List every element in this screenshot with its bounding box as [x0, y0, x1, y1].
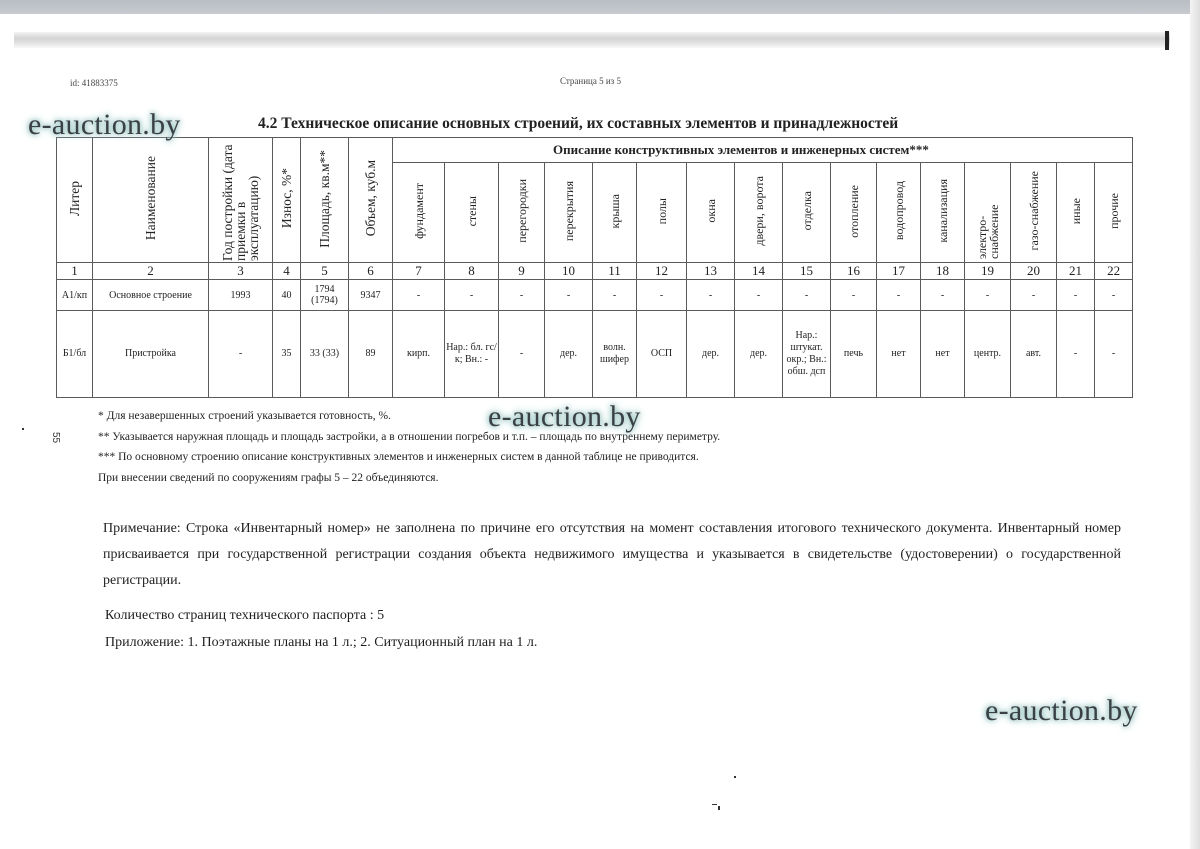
column-header-label: крыша: [609, 194, 621, 228]
table-column-numbers: 12345678910111213141516171819202122: [57, 263, 1133, 280]
scan-speck: [718, 806, 720, 810]
column-number: 12: [637, 263, 687, 280]
table-cell: -: [1095, 311, 1133, 398]
scan-artifact-band: [14, 32, 1170, 48]
column-header: иные: [1057, 163, 1095, 263]
column-header-label: стены: [466, 196, 478, 226]
table-cell: 89: [349, 311, 393, 398]
table-cell: Пристройка: [93, 311, 209, 398]
column-header: Износ, %*: [273, 138, 301, 263]
table-cell: печь: [831, 311, 877, 398]
table-cell: -: [637, 280, 687, 311]
table-cell: -: [965, 280, 1011, 311]
table-cell: дер.: [735, 311, 783, 398]
column-number: 16: [831, 263, 877, 280]
column-header: электро-снабжение: [965, 163, 1011, 263]
group-header: Описание конструктивных элементов и инже…: [393, 138, 1133, 163]
watermark: e-auction.by: [985, 694, 1138, 728]
column-header: полы: [637, 163, 687, 263]
table-cell: -: [1057, 280, 1095, 311]
table-cell: -: [783, 280, 831, 311]
column-header: прочие: [1095, 163, 1133, 263]
column-number: 19: [965, 263, 1011, 280]
scan-speck: [22, 428, 24, 430]
column-header: Наименование: [93, 138, 209, 263]
footnote-4: При внесении сведений по сооружениям гра…: [98, 468, 720, 489]
column-header: стены: [445, 163, 499, 263]
table-cell: -: [831, 280, 877, 311]
pages-count: Количество страниц технического паспорта…: [105, 608, 384, 624]
column-header-label: Год постройки (дата приемки в эксплуатац…: [221, 137, 260, 261]
column-header-label: Литер: [68, 181, 81, 216]
side-page-number: 55: [50, 432, 61, 443]
table-header-row: ЛитерНаименованиеГод постройки (дата при…: [57, 138, 1133, 163]
table-cell: 40: [273, 280, 301, 311]
column-header: окна: [687, 163, 735, 263]
column-number: 20: [1011, 263, 1057, 280]
table-cell: -: [921, 280, 965, 311]
column-number: 15: [783, 263, 831, 280]
column-header-label: полы: [656, 198, 668, 224]
table-cell: Нар.: штукат. окр.; Вн.: обш. дсп: [783, 311, 831, 398]
column-header: водопровод: [877, 163, 921, 263]
technical-description-table: ЛитерНаименованиеГод постройки (дата при…: [56, 137, 1133, 398]
column-header-label: Износ, %*: [280, 168, 293, 228]
column-header: двери, ворота: [735, 163, 783, 263]
column-header-label: Наименование: [144, 156, 157, 240]
table-cell: -: [1011, 280, 1057, 311]
table-cell: -: [593, 280, 637, 311]
column-number: 10: [545, 263, 593, 280]
column-header-label: прочие: [1108, 193, 1120, 229]
table-cell: волн. шифер: [593, 311, 637, 398]
column-header-label: окна: [705, 199, 717, 223]
column-header-label: перекрытия: [563, 181, 575, 241]
column-header-label: Объем, куб.м: [364, 160, 377, 236]
column-number: 18: [921, 263, 965, 280]
table-cell: -: [1057, 311, 1095, 398]
table-cell: 33 (33): [301, 311, 349, 398]
column-header-label: канализация: [937, 179, 949, 243]
column-header-label: перегородки: [516, 179, 528, 243]
column-number: 11: [593, 263, 637, 280]
table-cell: -: [687, 280, 735, 311]
column-number: 21: [1057, 263, 1095, 280]
table-row: Б1/блПристройка-3533 (33)89кирп.Нар.: бл…: [57, 311, 1133, 398]
page-indicator: Страница 5 из 5: [560, 76, 621, 86]
column-header: перекрытия: [545, 163, 593, 263]
column-header: Год постройки (дата приемки в эксплуатац…: [209, 138, 273, 263]
column-header: Литер: [57, 138, 93, 263]
scan-speck: [734, 776, 736, 778]
column-header: канализация: [921, 163, 965, 263]
table-cell: ОСП: [637, 311, 687, 398]
column-number: 14: [735, 263, 783, 280]
column-number: 6: [349, 263, 393, 280]
table-cell: А1/кп: [57, 280, 93, 311]
column-header: крыша: [593, 163, 637, 263]
column-number: 13: [687, 263, 735, 280]
appendix: Приложение: 1. Поэтажные планы на 1 л.; …: [105, 635, 537, 651]
column-header-label: фундамент: [413, 183, 425, 239]
table-cell: дер.: [545, 311, 593, 398]
column-header-label: отделка: [801, 191, 813, 230]
table-cell: Б1/бл: [57, 311, 93, 398]
column-header: отделка: [783, 163, 831, 263]
column-number: 5: [301, 263, 349, 280]
scan-artifact-edge: [1165, 31, 1169, 50]
column-number: 17: [877, 263, 921, 280]
table-cell: -: [735, 280, 783, 311]
table-cell: -: [393, 280, 445, 311]
table-cell: -: [445, 280, 499, 311]
table-cell: -: [499, 280, 545, 311]
table-cell: -: [877, 280, 921, 311]
watermark: e-auction.by: [488, 400, 641, 434]
document-id: id: 41883375: [70, 78, 118, 88]
table-cell: авт.: [1011, 311, 1057, 398]
table-cell: 35: [273, 311, 301, 398]
column-header: перегородки: [499, 163, 545, 263]
watermark: e-auction.by: [28, 108, 181, 142]
column-number: 22: [1095, 263, 1133, 280]
table-cell: нет: [877, 311, 921, 398]
column-number: 9: [499, 263, 545, 280]
table-cell: нет: [921, 311, 965, 398]
column-number: 7: [393, 263, 445, 280]
column-number: 8: [445, 263, 499, 280]
table-cell: кирп.: [393, 311, 445, 398]
table-cell: 1794 (1794): [301, 280, 349, 311]
table-cell: 9347: [349, 280, 393, 311]
column-header-label: водопровод: [893, 181, 905, 240]
table-cell: Нар.: бл. гс/к; Вн.: -: [445, 311, 499, 398]
table-cell: -: [545, 280, 593, 311]
table-cell: -: [499, 311, 545, 398]
column-header: отопление: [831, 163, 877, 263]
column-header-label: электро-снабжение: [976, 163, 1000, 259]
column-header: газо-снабжение: [1011, 163, 1057, 263]
column-header-label: газо-снабжение: [1028, 171, 1040, 250]
scan-right-edge: [1190, 0, 1200, 849]
column-header-label: двери, ворота: [753, 176, 765, 246]
table-cell: 1993: [209, 280, 273, 311]
column-header-label: иные: [1070, 198, 1082, 224]
table-row: А1/кпОсновное строение1993401794 (1794)9…: [57, 280, 1133, 311]
column-number: 2: [93, 263, 209, 280]
scan-speck: [712, 804, 717, 805]
footnote-3: *** По основному строению описание конст…: [98, 447, 720, 468]
table-cell: -: [209, 311, 273, 398]
column-header: фундамент: [393, 163, 445, 263]
remark-paragraph: Примечание: Строка «Инвентарный номер» н…: [103, 516, 1121, 594]
table-cell: Основное строение: [93, 280, 209, 311]
table-cell: -: [1095, 280, 1133, 311]
column-header: Площадь, кв.м**: [301, 138, 349, 263]
column-number: 1: [57, 263, 93, 280]
table-cell: центр.: [965, 311, 1011, 398]
column-header-label: отопление: [848, 185, 860, 238]
section-title: 4.2 Техническое описание основных строен…: [258, 115, 898, 133]
table-cell: дер.: [687, 311, 735, 398]
column-header-label: Площадь, кв.м**: [318, 150, 331, 248]
column-number: 3: [209, 263, 273, 280]
scan-top-border: [0, 0, 1200, 14]
column-header: Объем, куб.м: [349, 138, 393, 263]
column-number: 4: [273, 263, 301, 280]
